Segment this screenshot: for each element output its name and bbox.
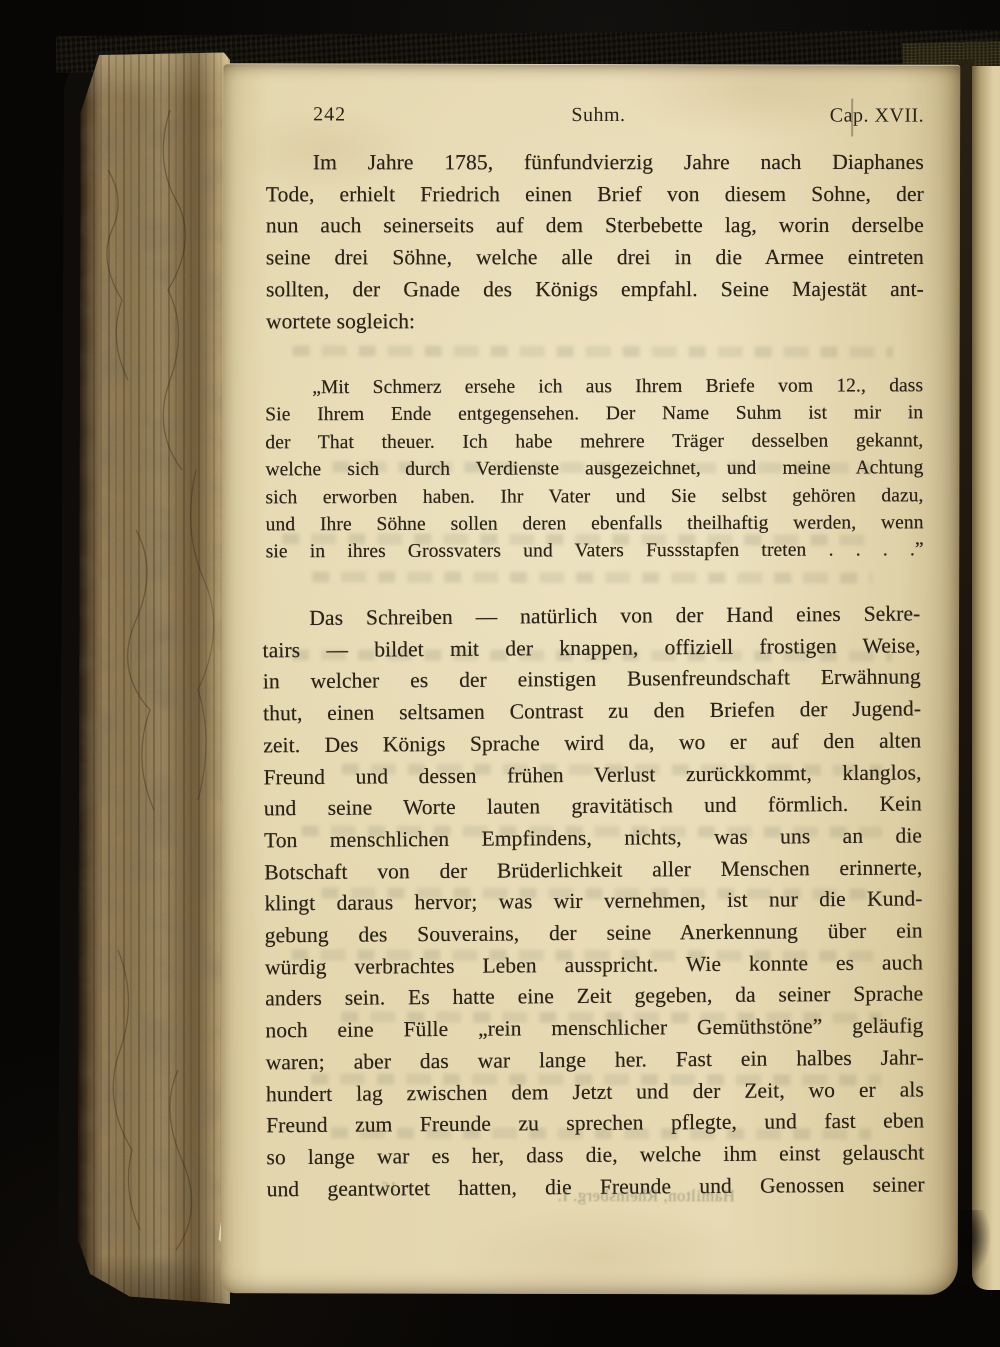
text-line: „Mit Schmerz ersehe ich aus Ihrem Briefe… [265,372,923,401]
text-line: noch eine Fülle „rein menschlicher Gemüt… [265,1011,923,1048]
text-line: und Ihre Söhne sollen deren ebenfalls th… [266,509,924,538]
text-line: der That theuer. Ich habe mehrere Träger… [265,427,923,456]
text-line: Das Schreiben — natürlich von der Hand e… [262,598,920,635]
text-line: nun auch seinerseits auf dem Sterbebette… [266,210,924,242]
text-line: tairs — bildet mit der knappen, offiziel… [263,630,921,667]
text-line: sie in ihres Grossvaters und Vaters Fuss… [266,537,924,566]
text-line: wortete sogleich: [266,305,924,337]
text-line: Botschaft von der Brüderlichkeit aller M… [264,852,922,889]
page-number: 242 [313,103,346,126]
text-line: seine drei Söhne, welche alle drei in di… [266,242,924,274]
paragraph-opening: Im Jahre 1785, fünfundvierzig Jahre nach… [266,147,924,338]
chapter-label: Cap. XVII. [830,104,924,127]
text-line: waren; aber das war lange her. Fast ein … [266,1042,924,1079]
page-stack-fore-edge [78,50,230,1304]
text-line: hundert lag zwischen dem Jetzt und der Z… [266,1074,924,1111]
bleedthrough-sheet-number: 16 [381,1180,397,1197]
text-line: sich erworben haben. Ihr Vater und Sie s… [265,482,923,511]
text-line: und seine Worte lauten gravitätisch und … [264,789,922,826]
text-line: Im Jahre 1785, fünfundvierzig Jahre nach… [266,147,924,179]
text-line: zeit. Des Königs Sprache wird da, wo er … [263,725,921,762]
scan-scratch-mark [851,99,853,137]
bleedthrough-smudge [312,571,872,583]
quote-block-kings-letter: „Mit Schmerz ersehe ich aus Ihrem Briefe… [265,372,924,566]
text-line: klingt daraus hervor; was wir vernehmen,… [264,884,922,921]
text-line: Ton menschlichen Empfindens, nichts, was… [264,820,922,857]
text-line: Tode, erhielt Friedrich einen Brief von … [266,179,924,211]
text-line: so lange war es her, dass die, welche ih… [266,1137,924,1174]
next-page-edge [972,66,1000,1290]
text-line: welche sich durch Verdienste ausgezeichn… [265,454,923,483]
text-line: würdig verbrachtes Leben ausspricht. Wie… [265,947,923,984]
fore-edge-streaks [78,50,230,1304]
running-title: Suhm. [571,104,625,127]
text-line: Freund zum Freunde zu sprechen pflegte, … [266,1106,924,1143]
bleedthrough-signature-line: Hamilton, Rheinsberg. I. [521,1186,771,1207]
page-header: 242 Suhm. Cap. XVII. [266,103,924,134]
book-page: 242 Suhm. Cap. XVII. Im Jahre 1785, fünf… [221,63,961,1295]
paragraph-commentary: Das Schreiben — natürlich von der Hand e… [262,598,925,1205]
book-spread-photo: 242 Suhm. Cap. XVII. Im Jahre 1785, fünf… [0,0,1000,1347]
text-line: sollten, der Gnade des Königs empfahl. S… [266,274,924,306]
text-line: Freund und dessen frühen Verlust zurückk… [263,757,921,794]
text-line: anders sein. Es hatte eine Zeit gegeben,… [265,979,923,1016]
text-line: thut, einen seltsamen Contrast zu den Br… [263,693,921,730]
bleedthrough-smudge [293,345,893,357]
text-line: Sie Ihrem Ende entgegensehen. Der Name S… [265,400,923,429]
text-line: gebung des Souverains, der seine Anerken… [265,915,923,952]
text-line: in welcher es der einstigen Busenfreunds… [263,662,921,699]
